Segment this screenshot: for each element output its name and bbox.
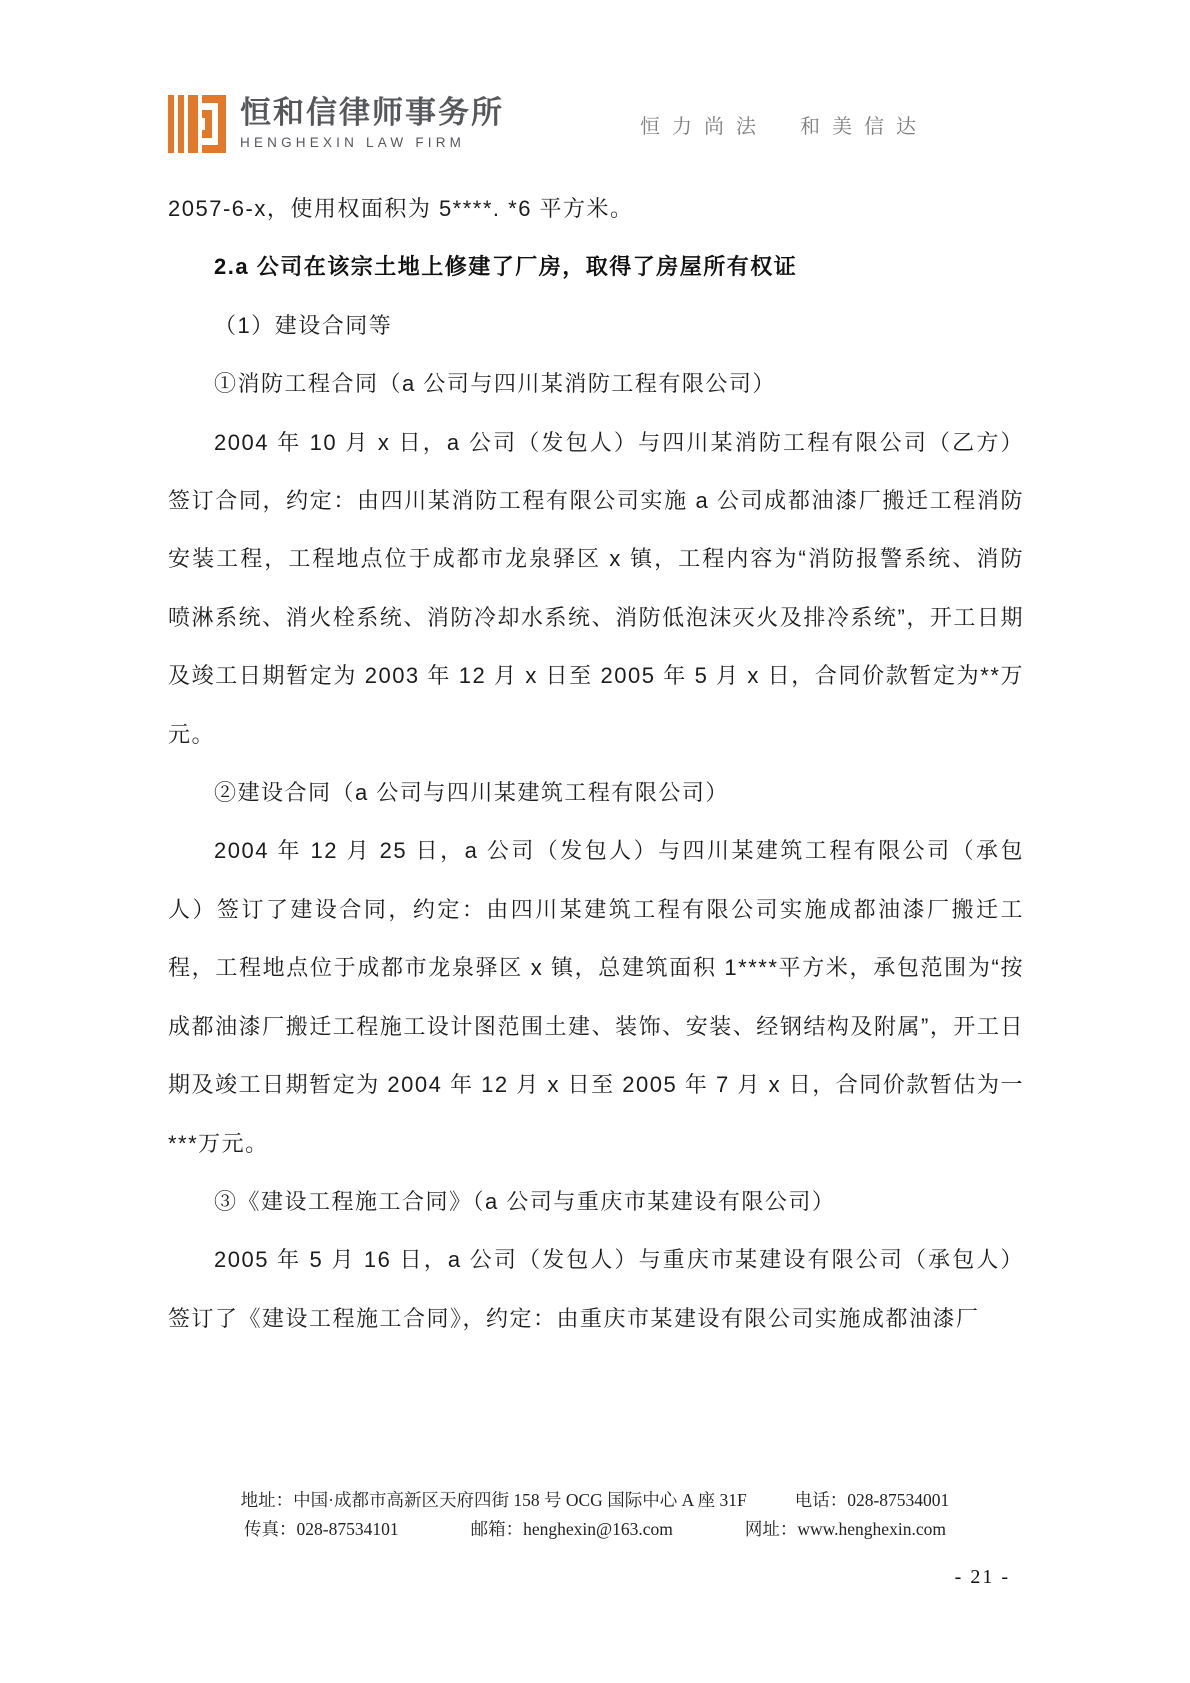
footer-contact-item: 邮箱：henghexin@163.com: [471, 1515, 673, 1543]
paragraph: ①消防工程合同（a 公司与四川某消防工程有限公司）: [168, 355, 1024, 413]
document-body: 2057-6-x，使用权面积为 5****. *6 平方米。2.a 公司在该宗土…: [168, 180, 1024, 1348]
paragraph: 2057-6-x，使用权面积为 5****. *6 平方米。: [168, 180, 1024, 238]
footer-contact-item: 网址：www.henghexin.com: [745, 1515, 946, 1543]
paragraph: 2004 年 12 月 25 日，a 公司（发包人）与四川某建筑工程有限公司（承…: [168, 822, 1024, 1172]
footer-contact-item: 电话：028-87534001: [795, 1486, 950, 1514]
footer-item-label: 传真：: [244, 1515, 297, 1543]
page-number: - 21 -: [955, 1566, 1010, 1589]
footer-item-value: 028-87534101: [297, 1515, 399, 1543]
logo-name-cn: 恒和信律师事务所: [240, 95, 504, 131]
paragraph: 2.a 公司在该宗土地上修建了厂房，取得了房屋所有权证: [168, 238, 1024, 296]
footer-item-label: 电话：: [795, 1486, 848, 1514]
footer-item-value: 中国·成都市高新区天府四街 158 号 OCG 国际中心 A 座 31F: [293, 1486, 747, 1514]
footer-contact-item: 传真：028-87534101: [244, 1515, 399, 1543]
logo-name-en: HENGHEXIN LAW FIRM: [240, 133, 504, 153]
logo-text: 恒和信律师事务所 HENGHEXIN LAW FIRM: [240, 95, 504, 153]
footer-item-value: www.henghexin.com: [797, 1515, 946, 1543]
header-slogan: 恒力尚法 和美信达: [640, 110, 928, 139]
document-page: { "header": { "logo": { "name_cn": "恒和信律…: [0, 0, 1190, 1683]
footer-contact-row-1: 地址：中国·成都市高新区天府四街 158 号 OCG 国际中心 A 座 31F电…: [0, 1486, 1190, 1514]
footer-contact-item: 地址：中国·成都市高新区天府四街 158 号 OCG 国际中心 A 座 31F: [241, 1486, 747, 1514]
paragraph: ③《建设工程施工合同》（a 公司与重庆市某建设有限公司）: [168, 1173, 1024, 1231]
footer-item-value: henghexin@163.com: [523, 1515, 673, 1543]
footer-item-value: 028-87534001: [847, 1486, 949, 1514]
paragraph: ②建设合同（a 公司与四川某建筑工程有限公司）: [168, 764, 1024, 822]
page-header: 恒和信律师事务所 HENGHEXIN LAW FIRM 恒力尚法 和美信达: [168, 88, 1040, 160]
paragraph: （1）建设合同等: [168, 297, 1024, 355]
law-firm-logo: 恒和信律师事务所 HENGHEXIN LAW FIRM: [168, 95, 504, 153]
logo-mark-icon: [168, 95, 226, 153]
footer-item-label: 地址：: [241, 1486, 294, 1514]
footer-item-label: 网址：: [745, 1515, 798, 1543]
paragraph: 2004 年 10 月 x 日，a 公司（发包人）与四川某消防工程有限公司（乙方…: [168, 414, 1024, 764]
footer-item-label: 邮箱：: [471, 1515, 524, 1543]
footer-contact-row-2: 传真：028-87534101邮箱：henghexin@163.com网址：ww…: [0, 1515, 1190, 1543]
page-footer: 地址：中国·成都市高新区天府四街 158 号 OCG 国际中心 A 座 31F电…: [0, 1486, 1190, 1543]
paragraph: 2005 年 5 月 16 日，a 公司（发包人）与重庆市某建设有限公司（承包人…: [168, 1231, 1024, 1348]
